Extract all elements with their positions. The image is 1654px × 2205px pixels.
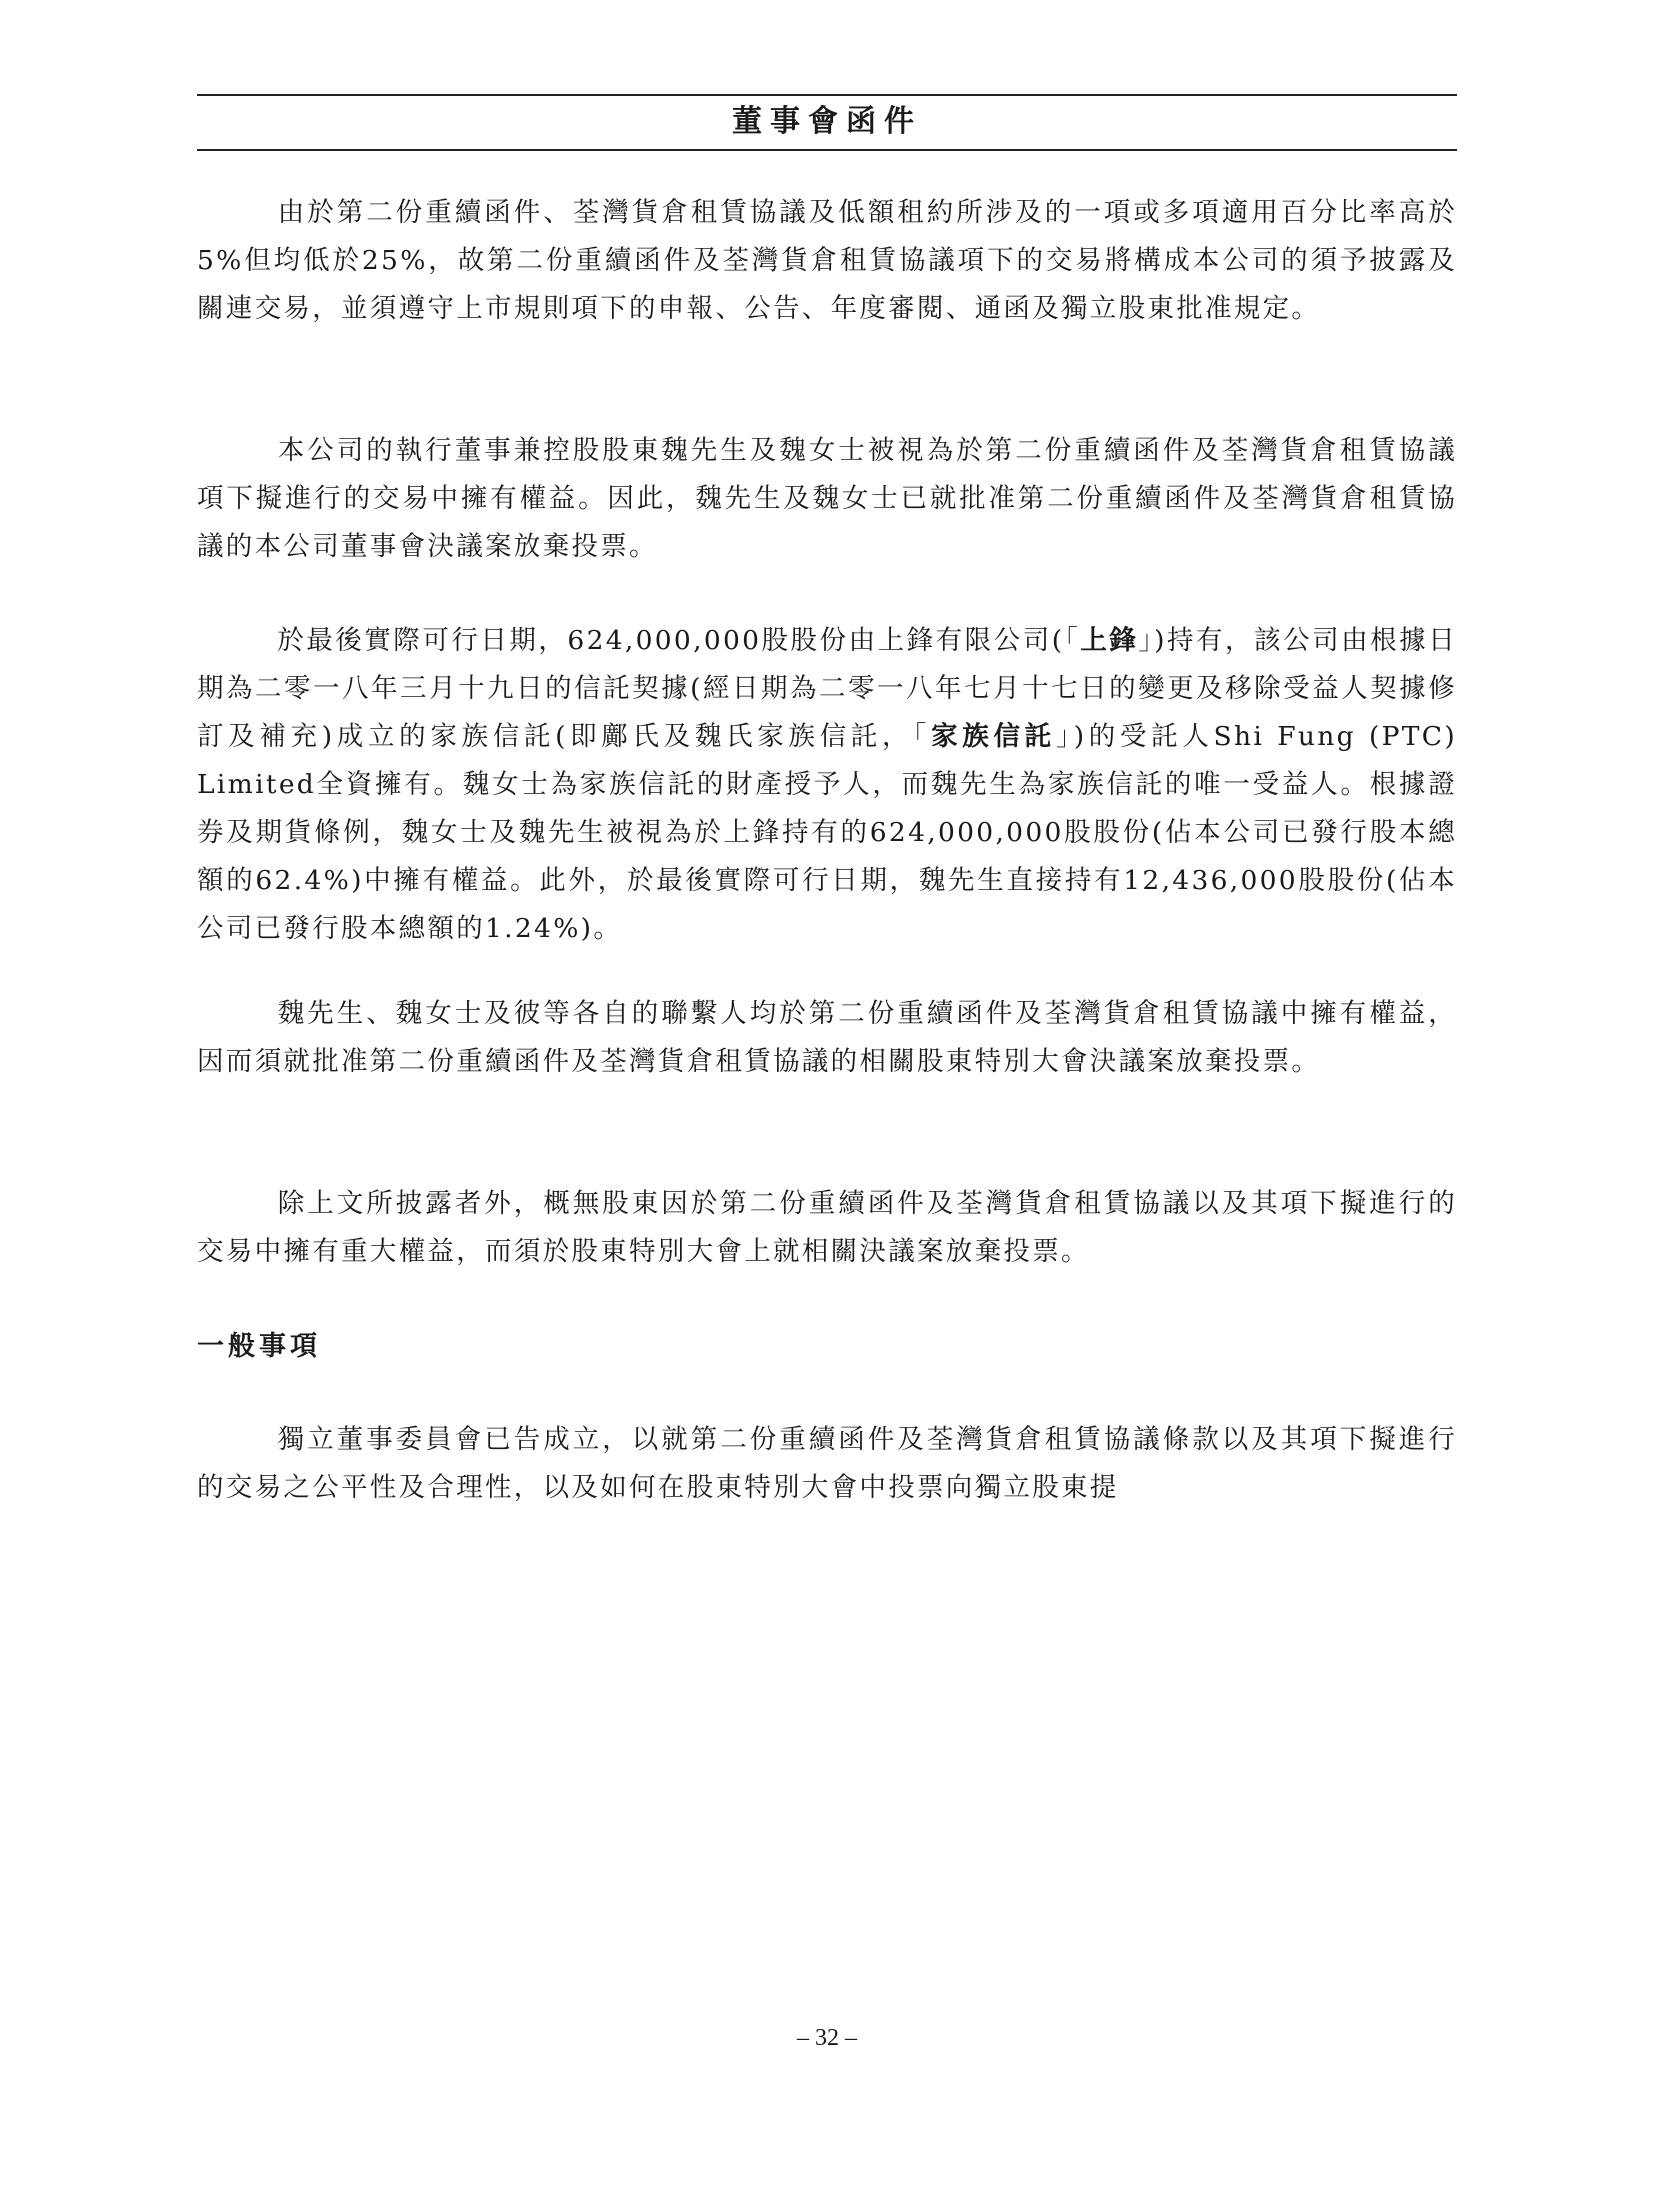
paragraph-text: 由於第二份重續函件、荃灣貨倉租賃協議及低額租約所涉及的一項或多項適用百分比率高於… [197,197,1457,324]
page-number: – 32 – [197,2025,1457,2052]
paragraph-disclosure-thresholds: 由於第二份重續函件、荃灣貨倉租賃協議及低額租約所涉及的一項或多項適用百分比率高於… [197,189,1457,333]
paragraph-independent-committee: 獨立董事委員會已告成立，以就第二份重續函件及荃灣貨倉租賃協議條款以及其項下擬進行… [197,1416,1457,1512]
defined-term-shangfeng: 上鋒 [1080,625,1138,656]
header-bottom-rule [197,149,1457,151]
paragraph-text: 獨立董事委員會已告成立，以就第二份重續函件及荃灣貨倉租賃協議條款以及其項下擬進行… [197,1424,1457,1503]
header-top-rule [197,94,1457,96]
paragraph-text: 魏先生、魏女士及彼等各自的聯繫人均於第二份重續函件及荃灣貨倉租賃協議中擁有權益，… [197,998,1457,1077]
paragraph-associates-abstain: 魏先生、魏女士及彼等各自的聯繫人均於第二份重續函件及荃灣貨倉租賃協議中擁有權益，… [197,990,1457,1086]
paragraph-text: 除上文所披露者外，概無股東因於第二份重續函件及荃灣貨倉租賃協議以及其項下擬進行的… [197,1188,1457,1267]
paragraph-shareholding: 於最後實際可行日期，624,000,000股股份由上鋒有限公司(「上鋒」)持有，… [197,617,1457,953]
paragraph-text: 本公司的執行董事兼控股股東魏先生及魏女士被視為於第二份重續函件及荃灣貨倉租賃協議… [197,435,1457,562]
page-title: 董事會函件 [197,100,1457,144]
paragraph-director-abstain: 本公司的執行董事兼控股股東魏先生及魏女士被視為於第二份重續函件及荃灣貨倉租賃協議… [197,427,1457,571]
section-heading-general: 一般事項 [197,1327,321,1367]
paragraph-text-part3: 」)的受託人Shi Fung (PTC) Limited全資擁有。魏女士為家族信… [197,721,1457,944]
paragraph-no-other-shareholders: 除上文所披露者外，概無股東因於第二份重續函件及荃灣貨倉租賃協議以及其項下擬進行的… [197,1180,1457,1276]
defined-term-family-trust: 家族信託 [931,721,1056,752]
paragraph-text-part1: 於最後實際可行日期，624,000,000股股份由上鋒有限公司(「 [277,625,1080,656]
